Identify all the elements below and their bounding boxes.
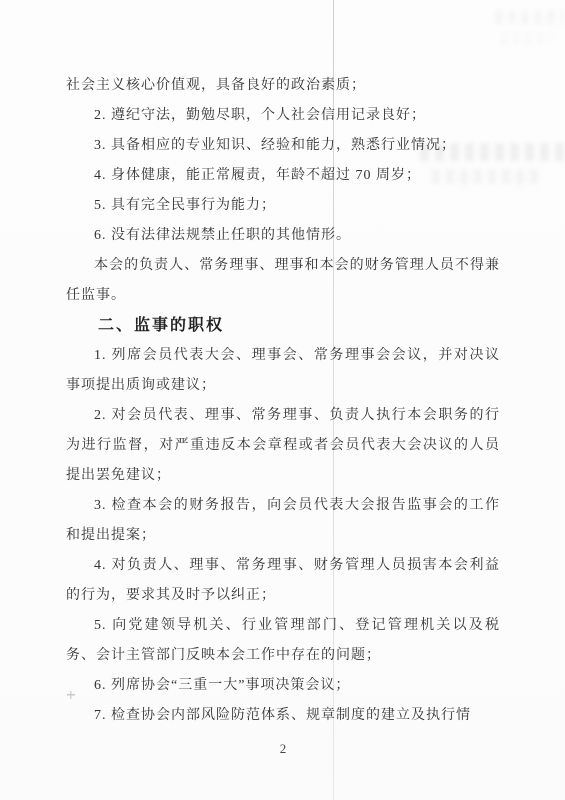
paragraph-power-7: 7. 检查协会内部风险防范体系、规章制度的建立及执行情 [66,701,500,731]
document-body: 社会主义核心价值观，具备良好的政治素质； 2. 遵纪守法，勤勉尽职，个人社会信用… [66,71,500,731]
section-heading: 二、监事的职权 [66,311,500,341]
paragraph-condition-6: 6. 没有法律法规禁止任职的其他情形。 [66,221,500,251]
paragraph-power-3: 3. 检查本会的财务报告，向会员代表大会报告监事会的工作和提出提案； [66,491,500,551]
paragraph-condition-3: 3. 具备相应的专业知识、经验和能力，熟悉行业情况； [66,131,500,161]
scanned-document-page: 社会主义核心价值观，具备良好的政治素质； 2. 遵纪守法，勤勉尽职，个人社会信用… [0,0,565,800]
page-number: 2 [66,741,500,757]
paragraph-power-4: 4. 对负责人、理事、常务理事、财务管理人员损害本会利益的行为，要求其及时予以纠… [66,551,500,611]
paragraph-continuation: 社会主义核心价值观，具备良好的政治素质； [66,71,500,101]
paragraph-power-6: 6. 列席协会“三重一大”事项决策会议； [66,671,500,701]
paragraph-power-5: 5. 向党建领导机关、行业管理部门、登记管理机关以及税务、会计主管部门反映本会工… [66,611,500,671]
paragraph-power-1: 1. 列席会员代表大会、理事会、常务理事会会议，并对决议事项提出质询或建议； [66,341,500,401]
paragraph-condition-5: 5. 具有完全民事行为能力； [66,191,500,221]
bleed-through-artifact [495,4,563,56]
paragraph-restriction: 本会的负责人、常务理事、理事和本会的财务管理人员不得兼任监事。 [66,251,500,311]
paragraph-power-2: 2. 对会员代表、理事、常务理事、负责人执行本会职务的行为进行监督，对严重违反本… [66,401,500,491]
paragraph-condition-4: 4. 身体健康，能正常履责，年龄不超过 70 周岁； [66,161,500,191]
paragraph-condition-2: 2. 遵纪守法，勤勉尽职，个人社会信用记录良好； [66,101,500,131]
